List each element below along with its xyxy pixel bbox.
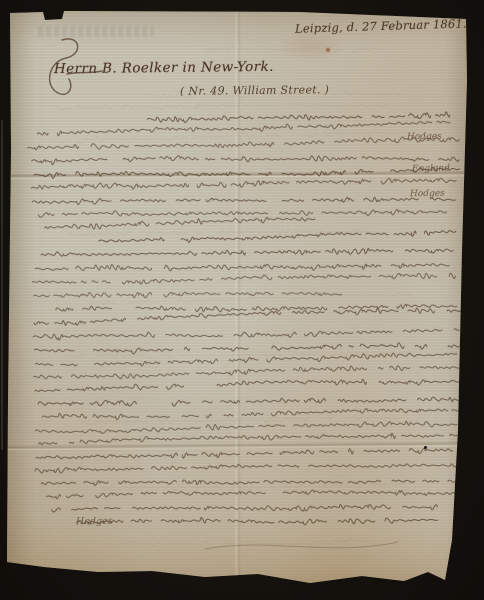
ink-speck — [124, 8, 128, 11]
ink-speck — [424, 446, 427, 449]
ink-speck — [367, 8, 370, 10]
scan-background: Leipzig, d. 27 Februar 1861. Herrn B. Ro… — [0, 0, 484, 600]
sealing-wax-speck — [326, 48, 330, 52]
legible-word: Hodges — [410, 189, 445, 200]
letter-paper: Leipzig, d. 27 Februar 1861. Herrn B. Ro… — [0, 0, 484, 600]
legible-word: England — [412, 164, 450, 175]
recipient-street-line: ( Nr. 49. William Street. ) — [180, 83, 329, 98]
dateline: Leipzig, d. 27 Februar 1861. — [295, 16, 470, 35]
horizontal-fold-crease — [0, 441, 484, 451]
legible-word: Hodges — [407, 132, 442, 143]
embossed-stationer-stamp — [38, 26, 154, 37]
scanner-edge-line — [1, 120, 3, 450]
recipient-name-line: Herrn B. Roelker in New-York. — [54, 59, 274, 77]
legible-word: Hodges — [76, 516, 113, 528]
